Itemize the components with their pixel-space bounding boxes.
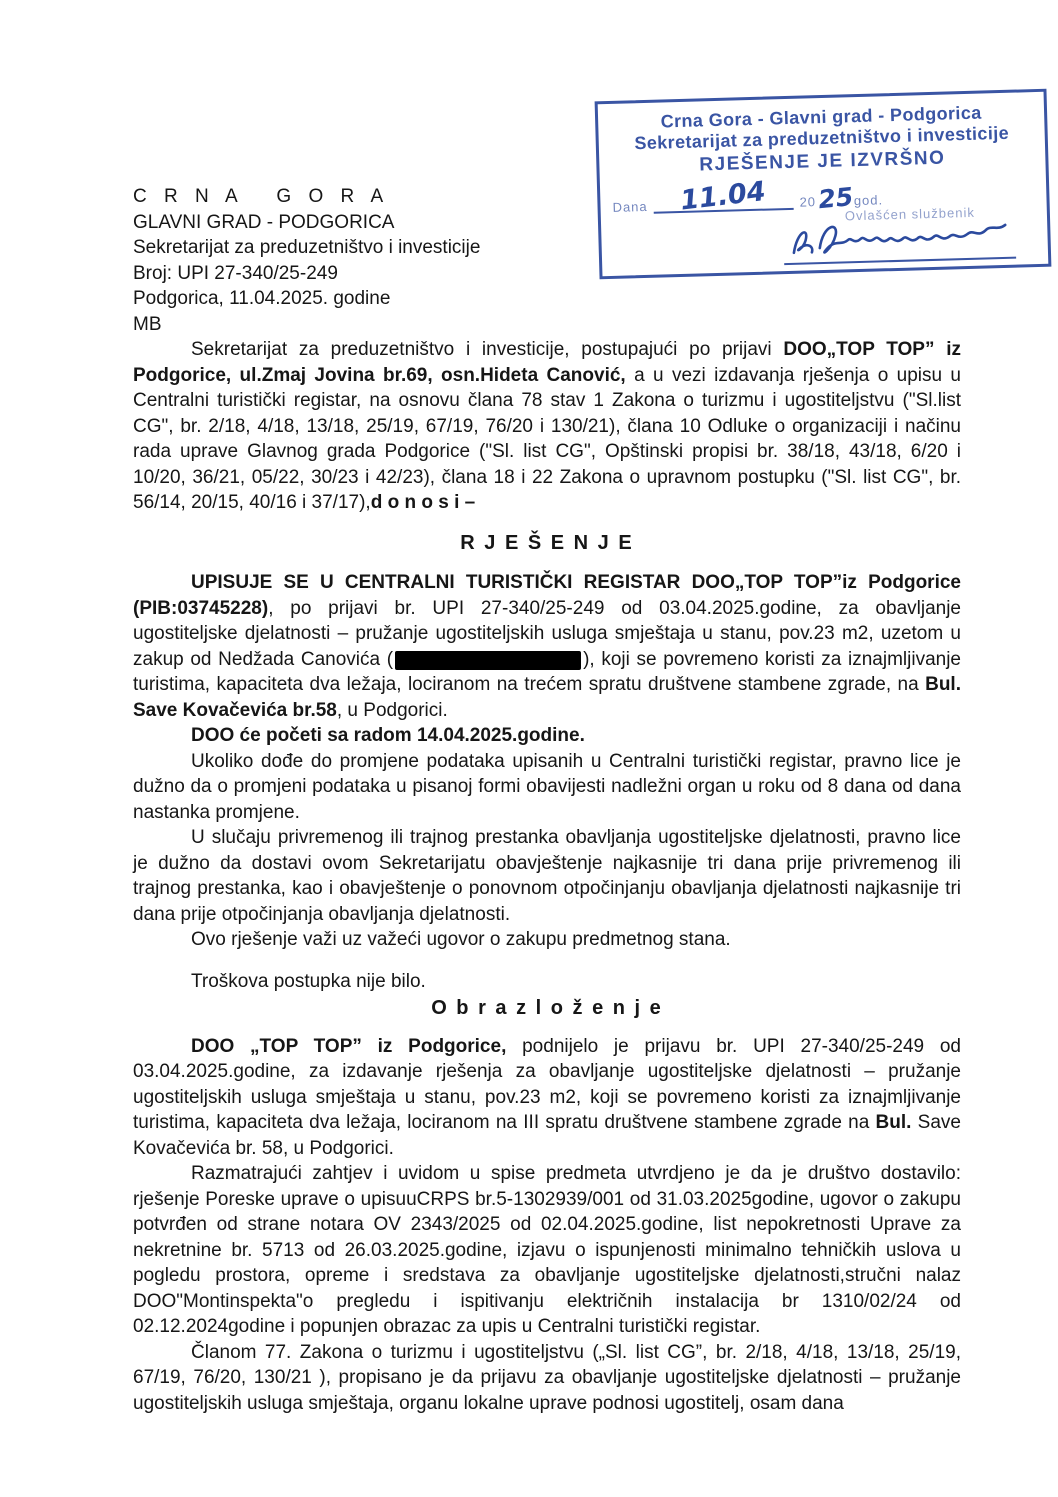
ruling-cessation-obligation: U slučaju privremenog ili trajnog presta…	[133, 825, 961, 927]
explanation-paragraph-1: DOO „TOP TOP” iz Podgorice, podnijelo je…	[133, 1034, 961, 1162]
ruling-change-obligation: Ukoliko dođe do promjene podataka upisan…	[133, 749, 961, 826]
document-body: C R N A G O R A GLAVNI GRAD - PODGORICA …	[133, 184, 961, 1416]
ruling-paragraph-1: UPISUJE SE U CENTRALNI TURISTIČKI REGIST…	[133, 570, 961, 723]
header-department: Sekretarijat za preduzetništvo i investi…	[133, 235, 961, 261]
explanation-evidence: Razmatrajući zahtjev i uvidom u spise pr…	[133, 1161, 961, 1340]
ruling-start-date: DOO će početi sa radom 14.04.2025.godine…	[133, 723, 961, 749]
header-case-number: Broj: UPI 27-340/25-249	[133, 261, 961, 287]
header-initials: MB	[133, 312, 961, 338]
header-place-date: Podgorica, 11.04.2025. godine	[133, 286, 961, 312]
explanation-bul-bold: Bul.	[876, 1112, 912, 1133]
header-city: GLAVNI GRAD - PODGORICA	[133, 210, 961, 236]
ruling-costs: Troškova postupka nije bilo.	[133, 969, 961, 995]
intro-text-2: a u vezi izdavanja rješenja o upisu u Ce…	[133, 365, 961, 514]
scanned-document-page: Crna Gora - Glavni grad - Podgorica Sekr…	[0, 0, 1058, 1497]
ruling-title: R J E Š E N J E	[133, 531, 961, 557]
intro-paragraph: Sekretarijat za preduzetništvo i investi…	[133, 337, 961, 516]
explanation-article-77: Članom 77. Zakona o turizmu i ugostitelj…	[133, 1340, 961, 1417]
explanation-applicant-bold: DOO „TOP TOP” iz Podgorice,	[191, 1036, 506, 1057]
intro-donosi-bold: d o n o s i –	[371, 492, 476, 513]
ruling-text-3: , u Podgorici.	[337, 700, 448, 721]
redaction-box	[395, 651, 581, 670]
intro-text-1: Sekretarijat za preduzetništvo i investi…	[191, 339, 783, 360]
ruling-lease-validity: Ovo rješenje važi uz važeći ugovor o zak…	[133, 927, 961, 953]
explanation-title: O b r a z l o ž e n j e	[133, 996, 961, 1022]
header-country: C R N A G O R A	[133, 184, 961, 210]
